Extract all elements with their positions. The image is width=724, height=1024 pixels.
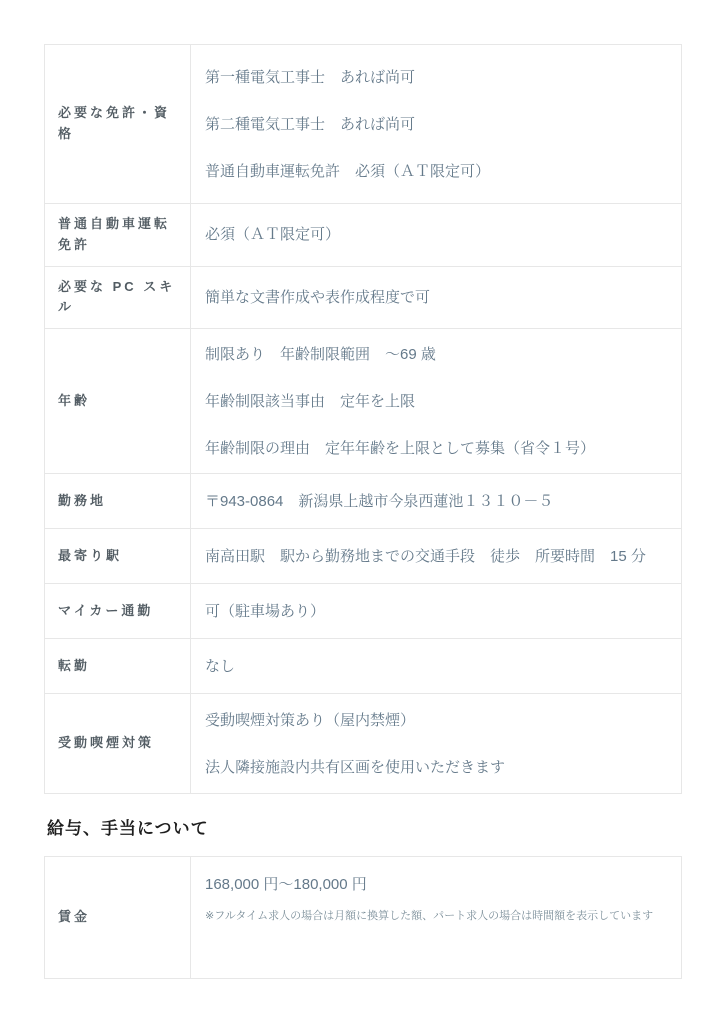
wage-amount: 168,000 円～180,000 円	[205, 874, 663, 895]
row-value: 〒943-0864 新潟県上越市今泉西蓮池１３１０－５	[191, 474, 681, 528]
row-value: 制限あり 年齢制限範囲 ～69 歳 年齢制限該当事由 定年を上限 年齢制限の理由…	[191, 329, 681, 473]
row-label: 最寄り駅	[45, 529, 191, 583]
table-row-drivers-license: 普通自動車運転免許 必須（ＡＴ限定可）	[45, 203, 681, 266]
row-value: 168,000 円～180,000 円 ※フルタイム求人の場合は月額に換算した額…	[191, 857, 681, 978]
row-value: 南高田駅 駅から勤務地までの交通手段 徒歩 所要時間 15 分	[191, 529, 681, 583]
table-row-pc-skills: 必要な PC スキル 簡単な文書作成や表作成程度で可	[45, 266, 681, 329]
row-label: 必要な免許・資格	[45, 45, 191, 203]
table-row-passive-smoking: 受動喫煙対策 受動喫煙対策あり（屋内禁煙） 法人隣接施設内共有区画を使用いただき…	[45, 693, 681, 793]
row-label: マイカー通勤	[45, 584, 191, 638]
row-label: 賃金	[45, 857, 191, 978]
row-value-line: 普通自動車運転免許 必須（ＡＴ限定可）	[205, 161, 663, 182]
row-value: 第一種電気工事士 あれば尚可 第二種電気工事士 あれば尚可 普通自動車運転免許 …	[191, 45, 681, 203]
wage-note: ※フルタイム求人の場合は月額に換算した額、パート求人の場合は時間額を表示していま…	[205, 909, 663, 924]
row-value-line: 必須（ＡＴ限定可）	[205, 224, 663, 245]
row-label: 普通自動車運転免許	[45, 204, 191, 266]
table-row-age: 年齢 制限あり 年齢制限範囲 ～69 歳 年齢制限該当事由 定年を上限 年齢制限…	[45, 328, 681, 473]
row-value-line: 〒943-0864 新潟県上越市今泉西蓮池１３１０－５	[205, 491, 663, 512]
row-value-line: 南高田駅 駅から勤務地までの交通手段 徒歩 所要時間 15 分	[205, 546, 663, 567]
row-value: 簡単な文書作成や表作成程度で可	[191, 267, 681, 329]
row-value-line: 年齢制限の理由 定年年齢を上限として募集（省令１号）	[205, 438, 663, 459]
table-row-car-commute: マイカー通勤 可（駐車場あり）	[45, 583, 681, 638]
row-value-line: 法人隣接施設内共有区画を使用いただきます	[205, 757, 663, 778]
row-value-line: 第一種電気工事士 あれば尚可	[205, 67, 663, 88]
row-label: 受動喫煙対策	[45, 694, 191, 793]
salary-table: 賃金 168,000 円～180,000 円 ※フルタイム求人の場合は月額に換算…	[44, 856, 682, 979]
row-value-line: 可（駐車場あり）	[205, 601, 663, 622]
row-value: 必須（ＡＴ限定可）	[191, 204, 681, 266]
row-value: 可（駐車場あり）	[191, 584, 681, 638]
row-value-line: 制限あり 年齢制限範囲 ～69 歳	[205, 344, 663, 365]
row-label: 年齢	[45, 329, 191, 473]
table-row-relocation: 転勤 なし	[45, 638, 681, 693]
section-heading-salary: 給与、手当について	[47, 814, 682, 839]
row-value-line: 年齢制限該当事由 定年を上限	[205, 391, 663, 412]
table-row-wage: 賃金 168,000 円～180,000 円 ※フルタイム求人の場合は月額に換算…	[45, 857, 681, 978]
row-label: 必要な PC スキル	[45, 267, 191, 329]
row-label: 勤務地	[45, 474, 191, 528]
row-value-line: なし	[205, 656, 663, 677]
table-row-nearest-station: 最寄り駅 南高田駅 駅から勤務地までの交通手段 徒歩 所要時間 15 分	[45, 528, 681, 583]
job-details-table: 必要な免許・資格 第一種電気工事士 あれば尚可 第二種電気工事士 あれば尚可 普…	[44, 44, 682, 794]
row-label: 転勤	[45, 639, 191, 693]
table-row-work-location: 勤務地 〒943-0864 新潟県上越市今泉西蓮池１３１０－５	[45, 473, 681, 528]
table-row-licenses: 必要な免許・資格 第一種電気工事士 あれば尚可 第二種電気工事士 あれば尚可 普…	[45, 45, 681, 203]
row-value: 受動喫煙対策あり（屋内禁煙） 法人隣接施設内共有区画を使用いただきます	[191, 694, 681, 793]
row-value-line: 第二種電気工事士 あれば尚可	[205, 114, 663, 135]
row-value-line: 簡単な文書作成や表作成程度で可	[205, 287, 663, 308]
row-value-line: 受動喫煙対策あり（屋内禁煙）	[205, 710, 663, 731]
row-value: なし	[191, 639, 681, 693]
job-posting-page: 必要な免許・資格 第一種電気工事士 あれば尚可 第二種電気工事士 あれば尚可 普…	[0, 0, 724, 979]
